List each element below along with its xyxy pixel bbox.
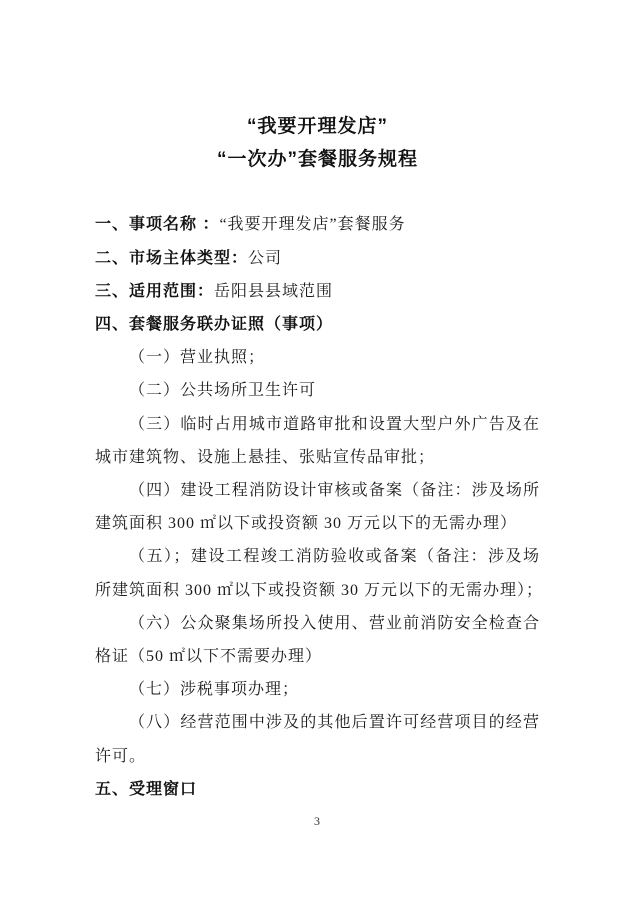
section-licenses-heading-label: 四、套餐服务联办证照（事项） [95,316,333,333]
license-item-6-line-1: （六）公众聚集场所投入使用、营业前消防安全检查合 [95,607,540,640]
license-item-5-line-1: （五）；建设工程竣工消防验收或备案（备注：涉及场 [95,540,540,573]
section-window-heading-label: 五、受理窗口 [95,781,197,798]
title-line-1: “我要开理发店” [95,110,540,143]
license-item-8-line-2: 许可。 [95,740,540,773]
section-item-name-label: 一、事项名称 ： [95,216,219,233]
license-item-8-line-1: （八）经营范围中涉及的其他后置许可经营项目的经营 [95,706,540,739]
license-item-3-line-2: 城市建筑物、设施上悬挂、张贴宣传品审批； [95,441,540,474]
license-item-4-line-1: （四）建设工程消防设计审核或备案（备注：涉及场所 [95,474,540,507]
license-item-2: （二）公共场所卫生许可 [95,374,540,407]
section-window-heading: 五、受理窗口 [95,773,540,806]
section-item-name: 一、事项名称 ：“我要开理发店”套餐服务 [95,208,540,241]
section-scope-value: 岳阳县县域范围 [214,283,333,300]
page-number: 3 [0,814,634,829]
license-item-6-line-2: 格证（50 ㎡以下不需要办理） [95,640,540,673]
section-licenses-heading: 四、套餐服务联办证照（事项） [95,308,540,341]
license-item-1: （一）营业执照； [95,341,540,374]
license-item-5-line-2: 所建筑面积 300 ㎡以下或投资额 30 万元以下的无需办理）； [95,574,540,607]
document-title: “我要开理发店” “一次办”套餐服务规程 [95,110,540,176]
section-entity-type: 二、市场主体类型：公司 [95,242,540,275]
section-entity-type-label: 二、市场主体类型： [95,250,248,267]
section-item-name-value: “我要开理发店”套餐服务 [219,216,405,233]
document-content: “我要开理发店” “一次办”套餐服务规程 一、事项名称 ：“我要开理发店”套餐服… [95,110,540,806]
license-item-4-line-2: 建筑面积 300 ㎡以下或投资额 30 万元以下的无需办理） [95,507,540,540]
title-line-2: “一次办”套餐服务规程 [95,143,540,176]
section-scope-label: 三、适用范围： [95,283,214,300]
license-item-3-line-1: （三）临时占用城市道路审批和设置大型户外广告及在 [95,408,540,441]
license-item-7: （七）涉税事项办理； [95,673,540,706]
document-body: 一、事项名称 ：“我要开理发店”套餐服务 二、市场主体类型：公司 三、适用范围：… [95,208,540,806]
document-page: “我要开理发店” “一次办”套餐服务规程 一、事项名称 ：“我要开理发店”套餐服… [0,0,634,898]
section-entity-type-value: 公司 [248,250,282,267]
section-scope: 三、适用范围：岳阳县县域范围 [95,275,540,308]
